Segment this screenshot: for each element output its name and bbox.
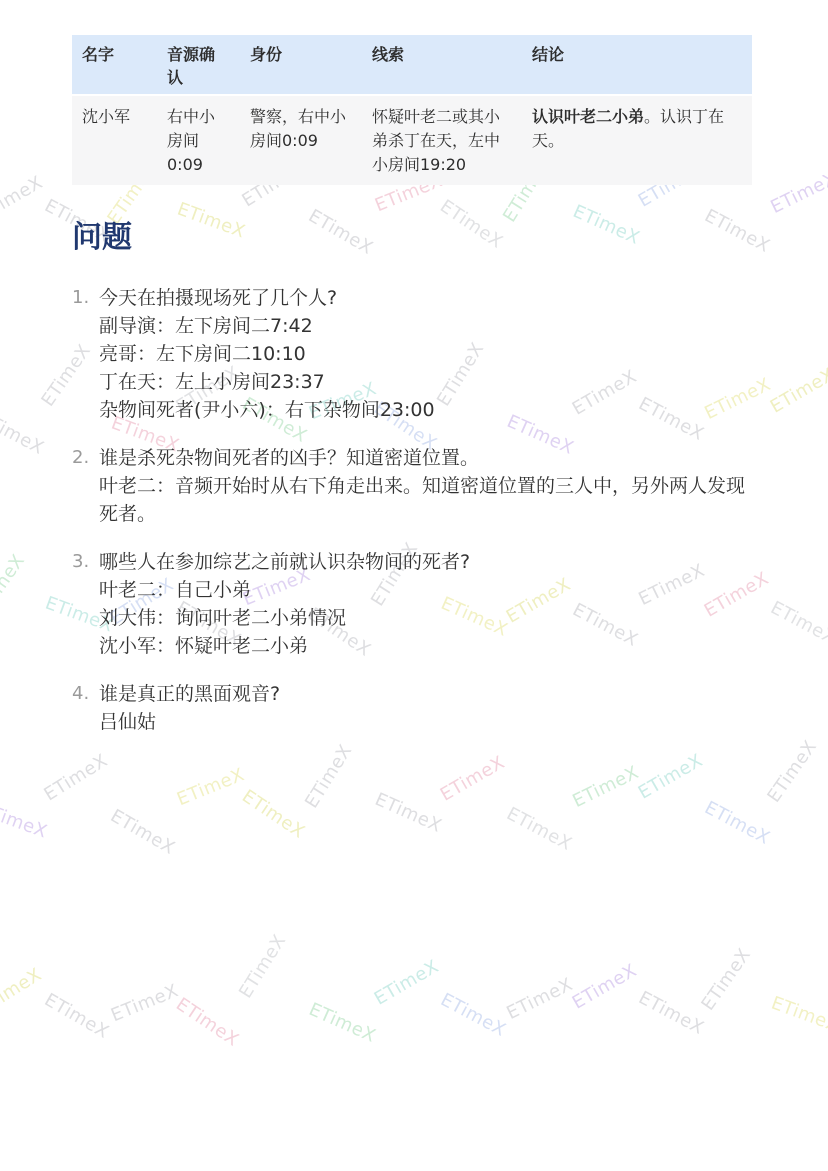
question-line: 4. 谁是真正的黑面观音? — [72, 680, 756, 708]
answer-line: 沈小军：怀疑叶老二小弟 — [99, 632, 756, 660]
watermark-text: ETimeX — [238, 786, 308, 843]
watermark-text: ETimeX — [635, 750, 707, 804]
watermark-text: ETimeX — [108, 980, 181, 1026]
watermark-text: ETimeX — [503, 803, 575, 855]
col-header-conclusion: 结论 — [522, 35, 752, 96]
watermark-text: ETimeX — [635, 987, 707, 1039]
col-header-clues: 线索 — [362, 35, 522, 96]
question-text: 谁是杀死杂物间死者的凶手？知道密道位置。 — [99, 444, 479, 472]
cell-name: 沈小军 — [72, 96, 157, 185]
question-number: 4. — [72, 680, 99, 708]
conclusion-bold-text: 认识叶老二小弟 — [532, 107, 644, 126]
watermark-text: ETimeX — [371, 956, 443, 1010]
watermark-text: ETimeX — [437, 752, 509, 806]
watermark-text: ETimeX — [372, 789, 445, 837]
answer-line: 叶老二：自己小弟 — [99, 576, 756, 604]
answer-line: 丁在天：左上小房间23:37 — [99, 368, 756, 396]
watermark-text: ETimeX — [697, 945, 755, 1015]
watermark-text: ETimeX — [41, 989, 113, 1043]
answer-line: 叶老二：音频开始时从右下角走出来。知道密道位置的三人中，另外两人发现死者。 — [99, 472, 756, 528]
question-1: 1. 今天在拍摄现场死了几个人? 副导演：左下房间二7:42 亮哥：左下房间二1… — [72, 284, 756, 424]
watermark-text: ETimeX — [172, 994, 242, 1051]
question-2: 2. 谁是杀死杂物间死者的凶手？知道密道位置。 叶老二：音频开始时从右下角走出来… — [72, 444, 756, 528]
watermark-text: ETimeX — [40, 750, 111, 805]
question-text: 今天在拍摄现场死了几个人? — [99, 284, 337, 312]
watermark-text: ETimeX — [235, 931, 290, 1002]
page-title: 问题 — [72, 212, 756, 256]
watermark-text: ETimeX — [768, 993, 828, 1037]
col-header-audio: 音源确认 — [157, 35, 240, 96]
watermark-text: ETimeX — [569, 762, 642, 812]
col-header-name: 名字 — [72, 35, 157, 96]
watermark-text: ETimeX — [0, 799, 50, 843]
answer-line: 刘大伟：询问叶老二小弟情况 — [99, 604, 756, 632]
watermark-text: ETimeX — [701, 797, 773, 849]
question-number: 1. — [72, 284, 99, 312]
answer-line: 副导演：左下房间二7:42 — [99, 312, 756, 340]
question-text: 谁是真正的黑面观音? — [99, 680, 280, 708]
question-text: 哪些人在参加综艺之前就认识杂物间的死者? — [99, 548, 470, 576]
answer-line: 杂物间死者(尹小六)：右下杂物间23:00 — [99, 396, 756, 424]
character-table: 名字 音源确认 身份 线索 结论 沈小军 右中小房间 0:09 警察，右中小房间… — [72, 35, 752, 185]
watermark-text: ETimeX — [301, 741, 356, 812]
questions-list: 1. 今天在拍摄现场死了几个人? 副导演：左下房间二7:42 亮哥：左下房间二1… — [72, 284, 756, 736]
watermark-text: ETimeX — [0, 964, 46, 1019]
question-line: 3. 哪些人在参加综艺之前就认识杂物间的死者? — [72, 548, 756, 576]
watermark-text: ETimeX — [306, 999, 379, 1047]
question-line: 2. 谁是杀死杂物间死者的凶手？知道密道位置。 — [72, 444, 756, 472]
table-row: 沈小军 右中小房间 0:09 警察，右中小房间0:09 怀疑叶老二或其小弟杀丁在… — [72, 96, 752, 185]
watermark-text: ETimeX — [107, 805, 179, 859]
cell-clues: 怀疑叶老二或其小弟杀丁在天，左中小房间19:20 — [362, 96, 522, 185]
watermark-text: ETimeX — [437, 989, 509, 1041]
watermark-text: ETimeX — [763, 737, 821, 807]
question-number: 2. — [72, 444, 99, 472]
cell-audio: 右中小房间 0:09 — [157, 96, 240, 185]
question-3: 3. 哪些人在参加综艺之前就认识杂物间的死者? 叶老二：自己小弟 刘大伟：询问叶… — [72, 548, 756, 660]
answer-line: 吕仙姑 — [99, 708, 756, 736]
watermark-text: ETimeX — [174, 764, 247, 810]
cell-identity: 警察，右中小房间0:09 — [240, 96, 362, 185]
question-line: 1. 今天在拍摄现场死了几个人? — [72, 284, 756, 312]
document-content: 名字 音源确认 身份 线索 结论 沈小军 右中小房间 0:09 警察，右中小房间… — [0, 0, 828, 736]
watermark-text: ETimeX — [503, 974, 576, 1024]
col-header-identity: 身份 — [240, 35, 362, 96]
watermark-text: ETimeX — [569, 960, 641, 1014]
table-header-row: 名字 音源确认 身份 线索 结论 — [72, 35, 752, 96]
page: ETimeXETimeXETimeXETimeXETimeXETimeXETim… — [0, 0, 828, 1171]
cell-conclusion: 认识叶老二小弟。认识丁在天。 — [522, 96, 752, 185]
answer-line: 亮哥：左下房间二10:10 — [99, 340, 756, 368]
question-4: 4. 谁是真正的黑面观音? 吕仙姑 — [72, 680, 756, 736]
question-number: 3. — [72, 548, 99, 576]
